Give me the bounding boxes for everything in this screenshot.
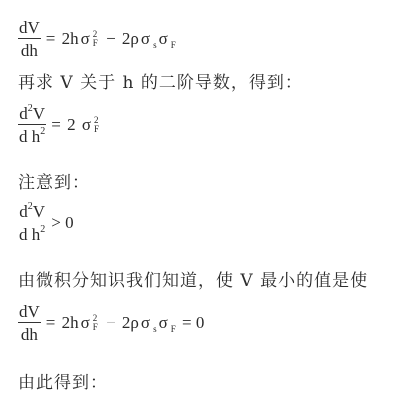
superscript: 2 <box>40 224 45 235</box>
paragraph-second-derivative: 再求 V 关于 h 的二阶导数，得到： <box>18 68 303 93</box>
fraction-numerator: dV <box>18 302 41 321</box>
sigma-symbol: σ <box>159 29 168 48</box>
fraction-denominator: dh <box>20 41 39 60</box>
v-symbol: V <box>33 202 45 221</box>
term-coefficient: 2ρ <box>122 29 139 48</box>
formula-rhs: > 0 <box>51 213 73 233</box>
paragraph-therefore: 由此得到： <box>18 368 108 393</box>
minus-sign: − <box>106 29 116 48</box>
formula-first-derivative: dV dh = 2hσ2F − 2ρσsσF <box>18 18 178 60</box>
minus-sign: − <box>106 313 116 332</box>
term-coefficient: 2h <box>62 29 79 48</box>
fraction-numerator: dV <box>18 18 41 37</box>
fraction-numerator: d2V <box>18 202 46 221</box>
paragraph-minimum-condition: 由微积分知识我们知道，使 V 最小的值是使 <box>18 266 368 291</box>
fraction-bar <box>18 124 46 125</box>
v-symbol: V <box>33 104 45 123</box>
fraction-denominator: dh <box>20 325 39 344</box>
equals-zero: = 0 <box>182 313 204 332</box>
sigma-indices: 2F <box>93 30 100 48</box>
superscript: 2 <box>28 201 33 212</box>
sigma-symbol: σ <box>81 29 90 48</box>
formula-rhs: = 2hσ2F − 2ρσsσF <box>46 29 178 49</box>
fraction-bar <box>18 222 46 223</box>
fraction-bar <box>18 38 41 39</box>
formula-rhs: = 2hσ2F − 2ρσsσF = 0 <box>46 313 207 333</box>
subscript: F <box>171 324 176 334</box>
subscript: F <box>93 323 98 332</box>
dh-symbol: d h <box>19 225 40 244</box>
sigma-symbol: σ <box>82 115 91 134</box>
fraction-denominator: d h2 <box>18 225 46 244</box>
equals-sign: = <box>46 29 56 48</box>
formula-rhs: = 2 σ2F <box>51 115 103 135</box>
formula-second-derivative: d2V d h2 = 2 σ2F <box>18 104 103 146</box>
fraction-numerator: d2V <box>18 104 46 123</box>
superscript: 2 <box>28 103 33 114</box>
sigma-symbol: σ <box>81 313 90 332</box>
subscript: F <box>93 39 98 48</box>
sigma-indices: 2F <box>94 116 101 134</box>
fraction-d2v-dh2: d2V d h2 <box>18 202 46 244</box>
coefficient: 2 <box>67 115 76 134</box>
term-coefficient: 2h <box>62 313 79 332</box>
formula-first-derivative-zero: dV dh = 2hσ2F − 2ρσsσF = 0 <box>18 302 206 344</box>
subscript: s <box>153 324 157 334</box>
sigma-symbol: σ <box>141 29 150 48</box>
d-symbol: d <box>19 104 28 123</box>
sigma-symbol: σ <box>141 313 150 332</box>
dh-symbol: d h <box>19 127 40 146</box>
fraction-dv-dh: dV dh <box>18 18 41 60</box>
d-symbol: d <box>19 202 28 221</box>
fraction-d2v-dh2: d2V d h2 <box>18 104 46 146</box>
equals-sign: = <box>51 115 61 134</box>
equals-sign: = <box>46 313 56 332</box>
sigma-indices: 2F <box>93 314 100 332</box>
subscript: s <box>153 40 157 50</box>
paragraph-note: 注意到： <box>18 168 90 193</box>
subscript: F <box>94 125 99 134</box>
fraction-dv-dh: dV dh <box>18 302 41 344</box>
term-coefficient: 2ρ <box>122 313 139 332</box>
sigma-symbol: σ <box>159 313 168 332</box>
fraction-denominator: d h2 <box>18 127 46 146</box>
subscript: F <box>171 40 176 50</box>
fraction-bar <box>18 322 41 323</box>
formula-positive-second-derivative: d2V d h2 > 0 <box>18 202 74 244</box>
superscript: 2 <box>40 126 45 137</box>
